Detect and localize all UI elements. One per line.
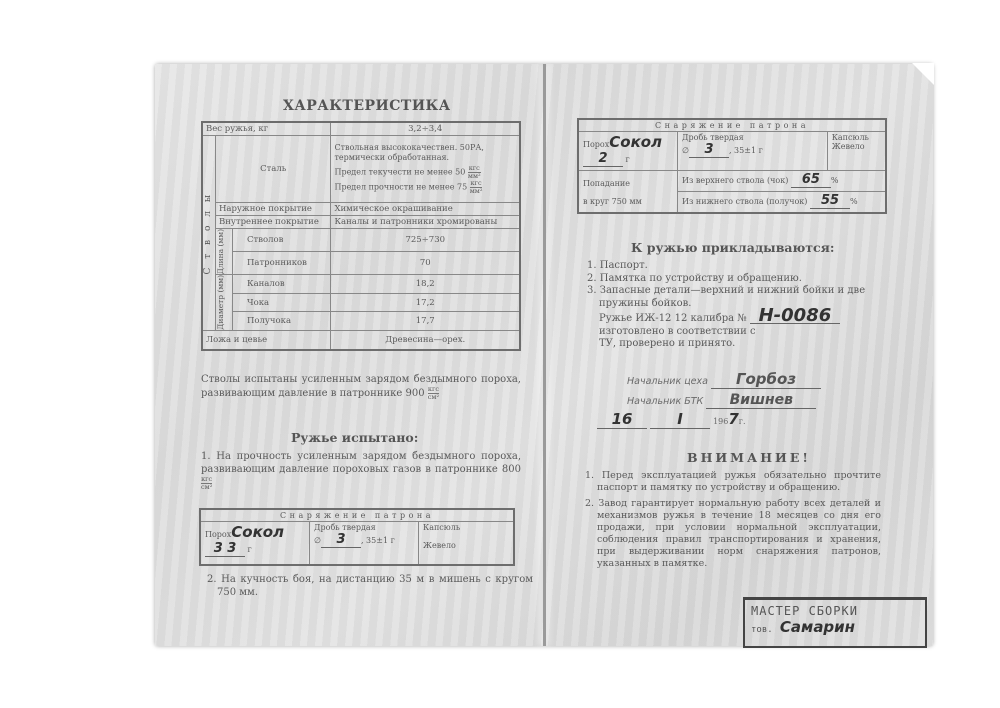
- assembly-master-stamp: МАСТЕР СБОРКИ тов. Самарин: [743, 597, 927, 648]
- steel-value: Ствольная высококачествен. 50РА, термиче…: [334, 143, 516, 163]
- upper-barrel-label: Из верхнего ствола (чок): [682, 176, 788, 185]
- attention-heading: ВНИМАНИЕ!: [687, 450, 811, 465]
- page-title: ХАРАКТЕРИСТИКА: [283, 98, 451, 114]
- steel-label: Сталь: [216, 136, 331, 203]
- date-month: I: [650, 410, 710, 429]
- table-row: Получока 17,7: [202, 312, 520, 331]
- ammo-table-left: Снаряжение патрона ПорохСокол 3 3 г Дроб…: [199, 508, 515, 566]
- table-row: Патронников 70: [202, 252, 520, 275]
- specs-table: Вес ружья, кг 3,2÷3,4 С т в о л ы Сталь …: [201, 121, 521, 351]
- upper-barrel-value: 65: [791, 172, 831, 188]
- strength-label: Предел прочности не менее 75: [334, 183, 467, 192]
- weight-label: Вес ружья, кг: [202, 122, 331, 136]
- tested-item-2: 2. На кучность боя, на дистанцию 35 м в …: [207, 573, 533, 599]
- passport-document: ХАРАКТЕРИСТИКА Вес ружья, кг 3,2÷3,4 С т…: [155, 64, 933, 646]
- yield-label: Предел текучести не менее 50: [334, 168, 465, 177]
- shot-size: 3: [321, 532, 361, 548]
- choke-label: Чока: [233, 293, 331, 312]
- shot-size: 3: [689, 142, 729, 158]
- table-row: Чока 17,2: [202, 293, 520, 312]
- qc-head-signature: Вишнев: [706, 392, 816, 409]
- stamp-signature: Самарин: [780, 618, 855, 636]
- shot-label: Дробь твердая: [314, 523, 376, 532]
- barrel-length-value: 725÷730: [331, 229, 520, 252]
- date-day: 16: [597, 410, 647, 429]
- gun-line: Ружье ИЖ-12 12 калибра №: [599, 313, 747, 324]
- powder-value: Сокол: [231, 523, 284, 541]
- right-page: Снаряжение патрона ПорохСокол 2 г Дробь …: [547, 64, 933, 646]
- primer-label: Капсюль: [423, 523, 460, 532]
- powder-amount: 2: [583, 151, 623, 167]
- hit-label: Попадание: [583, 179, 630, 188]
- shop-head-signature: Горбоз: [711, 370, 821, 389]
- bore-value: 18,2: [331, 275, 520, 294]
- powder-label: Порох: [205, 530, 231, 539]
- list-item: 1. Паспорт.: [587, 260, 887, 273]
- shot-label: Дробь твердая: [682, 133, 744, 142]
- outer-coating-value: Химическое окрашивание: [331, 203, 520, 216]
- conformity-text: изготовлено в соответствии с ТУ, провере…: [587, 326, 769, 351]
- table-row: Вес ружья, кг 3,2÷3,4: [202, 122, 520, 136]
- stock-value: Древесина—орех.: [331, 330, 520, 350]
- list-item: 2. Памятка по устройству и обращению.: [587, 273, 887, 286]
- table-row: Длина (мм) Стволов 725÷730: [202, 229, 520, 252]
- list-item: 3. Запасные детали—верхний и нижний бойк…: [587, 285, 887, 310]
- powder-label: Порох: [583, 140, 609, 149]
- half-choke-label: Получока: [233, 312, 331, 331]
- ammo-table-right: Снаряжение патрона ПорохСокол 2 г Дробь …: [577, 118, 887, 214]
- included-heading: К ружью прикладываются:: [631, 240, 835, 255]
- proof-text: Стволы испытаны усиленным зарядом бездым…: [201, 373, 521, 401]
- lower-barrel-label: Из нижнего ствола (получок): [682, 197, 807, 206]
- stock-label: Ложа и цевье: [202, 330, 331, 350]
- table-row: Ложа и цевье Древесина—орех.: [202, 330, 520, 350]
- primer-value: Жевело: [423, 541, 456, 550]
- powder-value: Сокол: [609, 133, 662, 151]
- attention-list: 1. Перед эксплуатацией ружья обязательно…: [585, 470, 881, 570]
- ammo-header: Снаряжение патрона: [200, 509, 514, 522]
- tested-item-1: 1. На прочность усиленным зарядом бездым…: [201, 450, 521, 491]
- diameter-group-label: Диаметр (мм): [216, 275, 225, 330]
- table-row: С т в о л ы Сталь Ствольная высококачест…: [202, 136, 520, 203]
- included-list: 1. Паспорт. 2. Памятка по устройству и о…: [587, 260, 887, 351]
- table-row: Внутреннее покрытие Каналы и патронники …: [202, 216, 520, 229]
- chamber-length-value: 70: [331, 252, 520, 275]
- stamp-title: МАСТЕР СБОРКИ: [745, 600, 925, 618]
- inner-coating-label: Внутреннее покрытие: [216, 216, 331, 229]
- list-item: 2. Завод гарантирует нормальную работу в…: [585, 498, 881, 570]
- shop-head-row: Начальник цеха Горбоз: [627, 370, 821, 389]
- chamber-length-label: Патронников: [233, 252, 331, 275]
- half-choke-value: 17,7: [331, 312, 520, 331]
- table-row: Наружное покрытие Химическое окрашивание: [202, 203, 520, 216]
- date-year: 7: [728, 410, 738, 428]
- left-page: ХАРАКТЕРИСТИКА Вес ружья, кг 3,2÷3,4 С т…: [155, 64, 543, 646]
- primer-value: Жевело: [832, 142, 865, 151]
- barrel-length-label: Стволов: [233, 229, 331, 252]
- choke-value: 17,2: [331, 293, 520, 312]
- table-row: Диаметр (мм) Каналов 18,2: [202, 275, 520, 294]
- weight-value: 3,2÷3,4: [331, 122, 520, 136]
- date-row: 16 I 1967г.: [597, 410, 746, 429]
- inner-coating-value: Каналы и патронники хромированы: [331, 216, 520, 229]
- primer-label: Капсюль: [832, 133, 869, 142]
- ammo-header: Снаряжение патрона: [578, 119, 886, 132]
- qc-head-row: Начальник БТК Вишнев: [627, 392, 816, 409]
- lower-barrel-value: 55: [810, 193, 850, 209]
- length-group-label: Длина (мм): [216, 229, 225, 274]
- serial-number: Н-0086: [750, 310, 840, 324]
- tested-heading: Ружье испытано:: [291, 430, 418, 445]
- barrels-label: С т в о л ы: [203, 192, 213, 275]
- powder-amount: 3 3: [205, 541, 245, 557]
- outer-coating-label: Наружное покрытие: [216, 203, 331, 216]
- center-fold: [543, 64, 546, 646]
- bore-label: Каналов: [233, 275, 331, 294]
- list-item: 1. Перед эксплуатацией ружья обязательно…: [585, 470, 881, 494]
